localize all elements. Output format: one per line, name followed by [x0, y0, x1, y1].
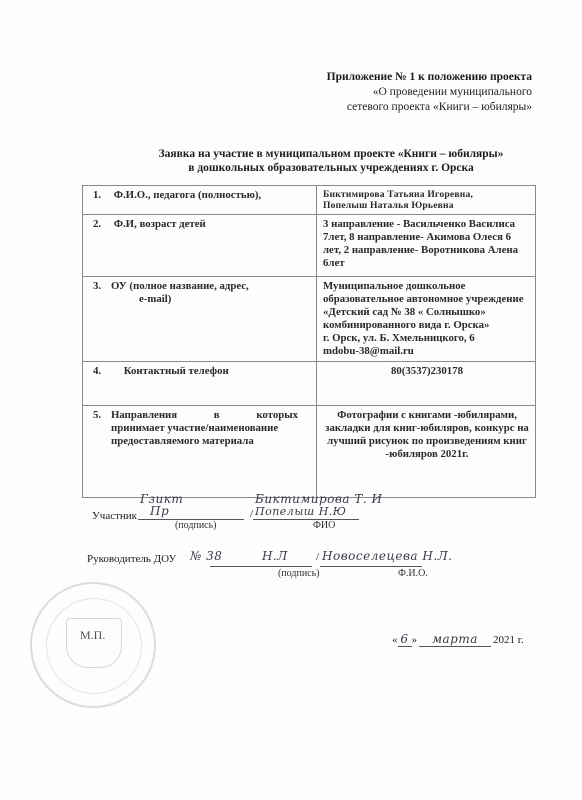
handwritten-prefix: № 38: [190, 549, 222, 563]
row-label: Ф.И, возраст детей: [114, 218, 206, 230]
value-line: Муниципальное дошкольное: [323, 280, 531, 293]
handwritten-name: Биктимирова Т. И: [255, 492, 382, 506]
value-line: г. Орск, ул. Б. Хмельницкого, 6: [323, 332, 531, 345]
row-number: 2.: [93, 218, 111, 231]
title-line-2: в дошкольных образовательных учреждениях…: [80, 161, 582, 175]
name-line: [253, 519, 359, 520]
official-stamp: М.П.: [30, 582, 156, 708]
row-label-cell: 4. Контактный телефон: [83, 362, 317, 406]
row-value-cell: 3 направление - Васильченко Василиса 7ле…: [317, 215, 536, 277]
director-signature-line: [210, 566, 312, 567]
value-line: образовательное автономное учреждение: [323, 293, 531, 306]
value-line: -юбиляров 2021г.: [323, 448, 531, 461]
handwritten-name-2: Попелыш Н.Ю: [255, 505, 346, 518]
director-name-line: [320, 566, 422, 567]
director-label: Руководитель ДОУ: [87, 553, 176, 565]
table-row: 5. Направления в которых принимает участ…: [83, 406, 536, 498]
value-line: Биктимирова Татьяна Игоревна,: [323, 189, 531, 200]
row-number: 1.: [93, 189, 111, 202]
document-title: Заявка на участие в муниципальном проект…: [0, 147, 582, 175]
row-value-cell: 80(3537)230178: [317, 362, 536, 406]
appendix-line-1: Приложение № 1 к положению проекта: [327, 70, 532, 85]
date-block: « 6 » марта 2021 г.: [392, 632, 524, 647]
row-value-cell: Биктимирова Татьяна Игоревна, Попелыш На…: [317, 186, 536, 215]
row-label-cell: 2. Ф.И, возраст детей: [83, 215, 317, 277]
name-caption: ФИО: [313, 520, 335, 531]
value-line: 3 направление - Васильченко Василиса: [323, 218, 531, 231]
row-label-cell: 1. Ф.И.О., педагога (полностью),: [83, 186, 317, 215]
director-name-caption: Ф.И.О.: [398, 568, 428, 579]
table-row: 3.ОУ (полное название, адрес, e-mail) Му…: [83, 277, 536, 362]
row-label: Контактный телефон: [124, 365, 229, 377]
value-line: лет, 2 направление- Воротникова Алена: [323, 244, 531, 257]
value-line: «Детский сад № 38 « Солнышко»: [323, 306, 531, 319]
phone-value: 80(3537)230178: [391, 365, 463, 377]
value-line: Фотографии с книгами -юбилярами,: [323, 409, 531, 422]
separator-slash: /: [316, 551, 319, 563]
row-label: e-mail): [93, 293, 312, 306]
value-line: mdobu-38@mail.ru: [323, 345, 531, 358]
appendix-line-2: «О проведении муниципального: [327, 85, 532, 100]
handwritten-signature-2: Пр: [150, 504, 169, 518]
handwritten-director-name: Новоселецева Н.Л.: [322, 549, 453, 563]
row-label: Направления в которых: [111, 409, 312, 422]
value-line: 7лет, 8 направление- Акимова Олеся 6: [323, 231, 531, 244]
appendix-header: Приложение № 1 к положению проекта «О пр…: [327, 70, 532, 115]
value-line: закладки для книг-юбиляров, конкурс на: [323, 422, 531, 435]
value-line: Попелыш Наталья Юрьевна: [323, 200, 531, 211]
table-row: 2. Ф.И, возраст детей 3 направление - Ва…: [83, 215, 536, 277]
value-line: лучший рисунок по произведениям книг: [323, 435, 531, 448]
appendix-line-3: сетевого проекта «Книги – юбиляры»: [327, 100, 532, 115]
row-number: 5.: [93, 409, 111, 448]
table-row: 1. Ф.И.О., педагога (полностью), Биктими…: [83, 186, 536, 215]
date-quote-close: »: [412, 634, 418, 646]
title-line-1: Заявка на участие в муниципальном проект…: [80, 147, 582, 161]
table-row: 4. Контактный телефон 80(3537)230178: [83, 362, 536, 406]
date-month: марта: [419, 632, 491, 647]
row-label-cell: 5. Направления в которых принимает участ…: [83, 406, 317, 498]
row-label: принимает участие/наименование: [111, 422, 312, 435]
date-day: 6: [398, 632, 412, 647]
row-label: ОУ (полное название, адрес,: [111, 280, 249, 292]
date-year: 2021 г.: [493, 634, 524, 646]
row-label-cell: 3.ОУ (полное название, адрес, e-mail): [83, 277, 317, 362]
row-label: Ф.И.О., педагога (полностью),: [114, 189, 261, 201]
value-line: комбинированного вида г. Орска»: [323, 319, 531, 332]
value-line: 6лет: [323, 257, 531, 270]
row-value-cell: Фотографии с книгами -юбилярами, закладк…: [317, 406, 536, 498]
director-signature-caption: (подпись): [278, 568, 320, 579]
participant-label: Участник: [92, 510, 137, 522]
document-page: Приложение № 1 к положению проекта «О пр…: [0, 0, 582, 800]
row-number: 3.: [93, 280, 111, 293]
handwritten-director-signature: Н.Л: [262, 549, 288, 563]
row-value-cell: Муниципальное дошкольное образовательное…: [317, 277, 536, 362]
signature-caption: (подпись): [175, 520, 217, 531]
stamp-label: М.П.: [80, 628, 105, 643]
stamp-emblem-icon: [66, 618, 122, 668]
row-label: предоставляемого материала: [111, 435, 312, 448]
application-table: 1. Ф.И.О., педагога (полностью), Биктими…: [82, 185, 536, 498]
row-number: 4.: [93, 365, 121, 378]
